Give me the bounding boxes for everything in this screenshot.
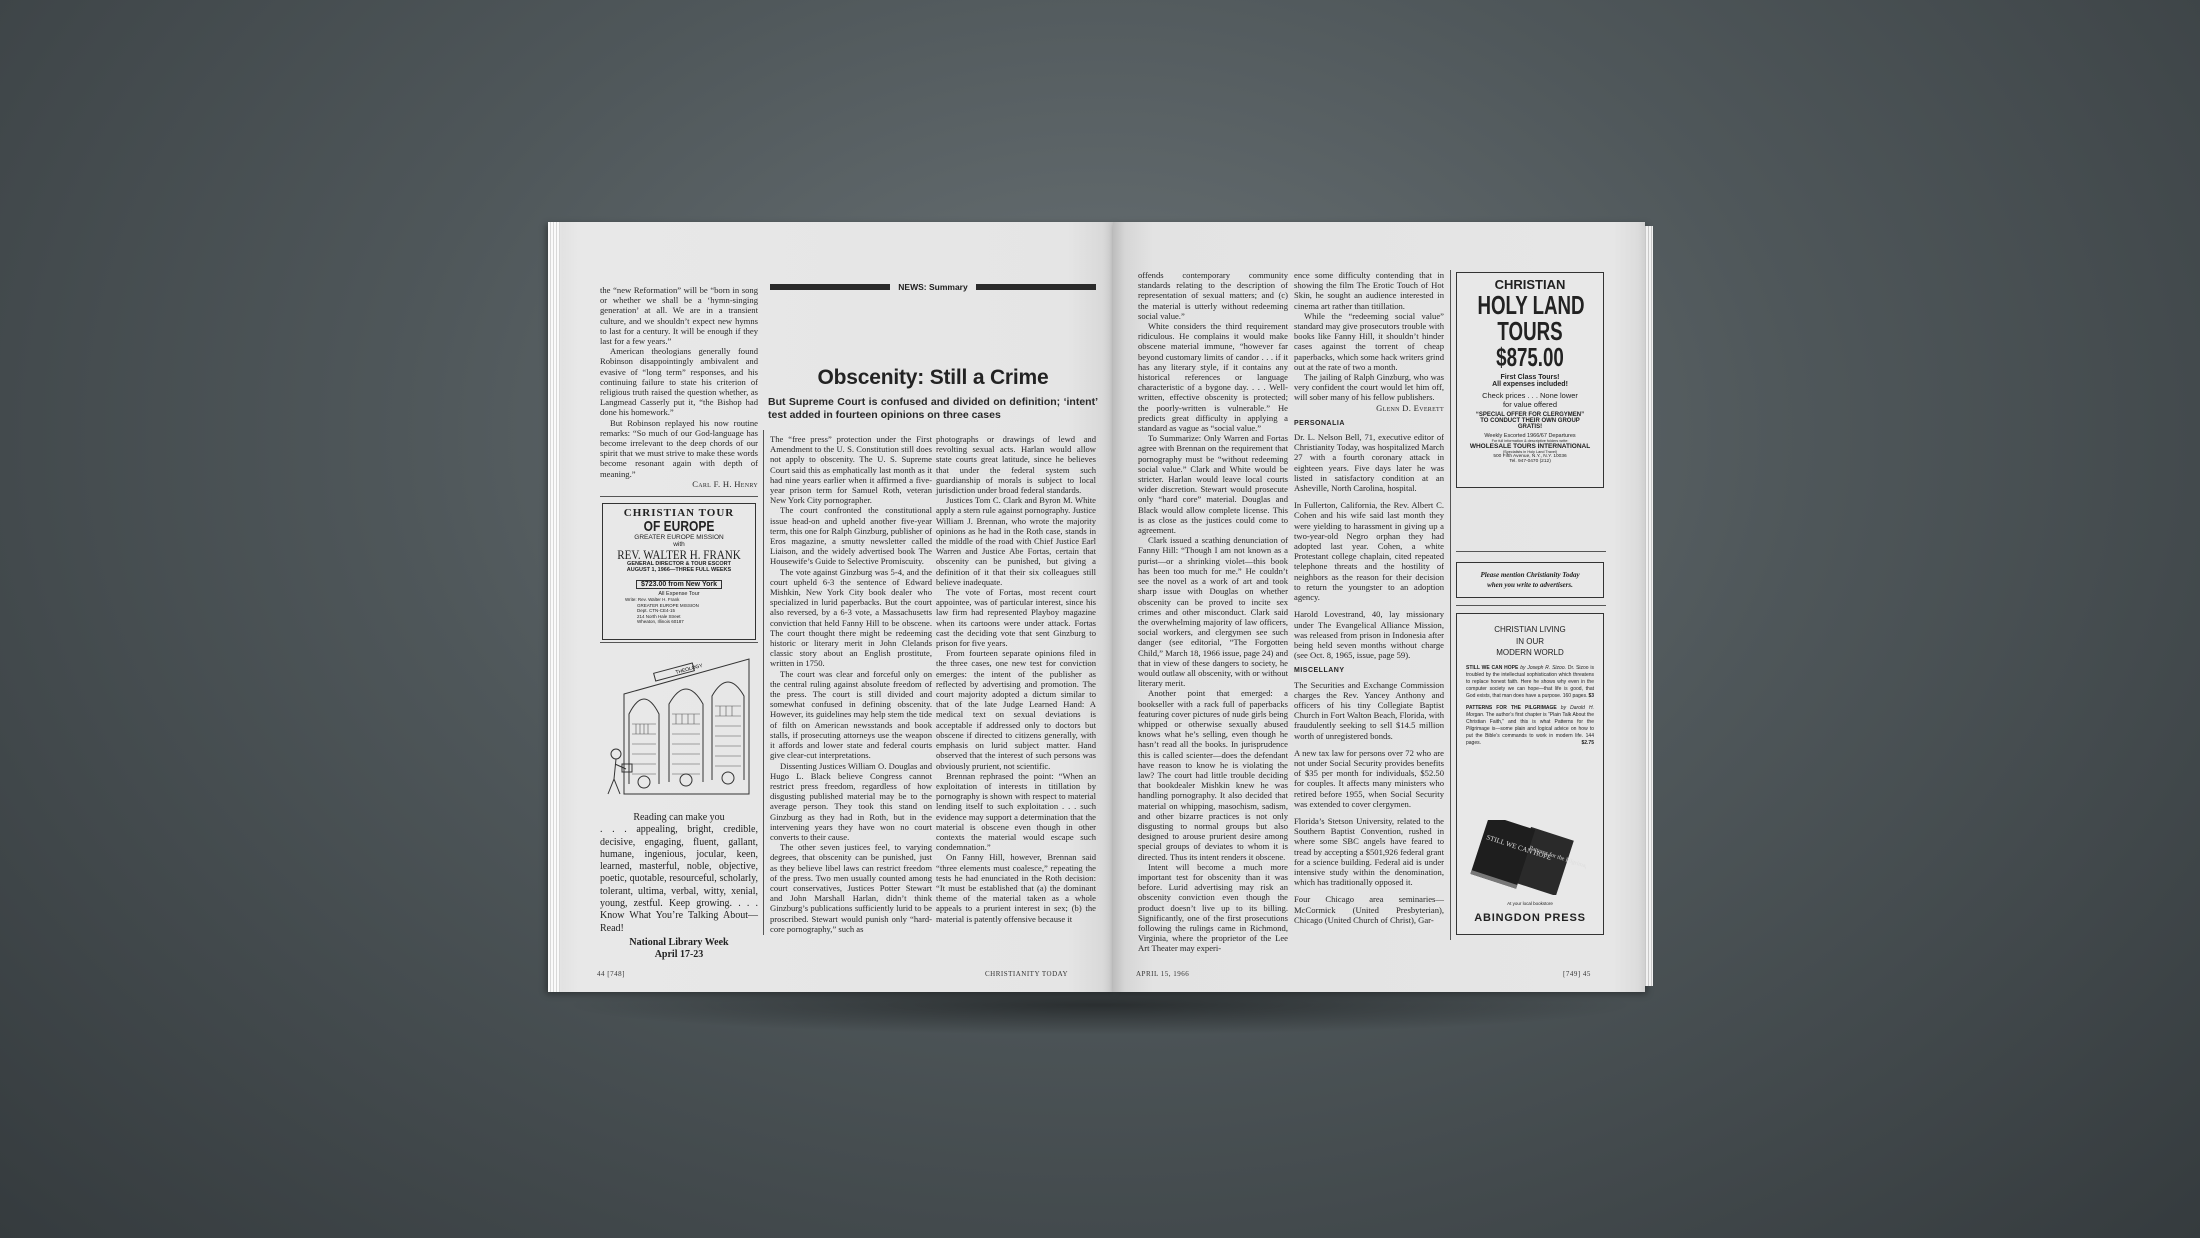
europe-tour-ad[interactable]: CHRISTIAN TOUR OF EUROPE GREATER EUROPE … — [602, 503, 756, 640]
article-headline: Obscenity: Still a Crime — [770, 366, 1096, 390]
book-price: $2.75 — [1581, 740, 1594, 747]
left-page-edges — [548, 222, 560, 992]
ad-line: for value offered — [1457, 400, 1603, 409]
paragraph: The vote against Ginzburg was 5-4, and t… — [770, 567, 932, 669]
ad-title: CHRISTIAN LIVING IN OUR MODERN WORLD — [1457, 624, 1603, 659]
paragraph: Intent will become a much more important… — [1138, 862, 1288, 954]
ad-price: $875.00 — [1477, 344, 1582, 371]
paragraph: Another point that emerged: a bookseller… — [1138, 688, 1288, 861]
ad-phone: Tel. 947-0470 (212) — [1457, 459, 1603, 464]
paragraph: On Fanny Hill, however, Brennan said “th… — [936, 852, 1096, 923]
kicker-bar — [770, 284, 890, 290]
divider — [1456, 605, 1606, 606]
paragraph: Clark issued a scathing denunciation of … — [1138, 535, 1288, 688]
library-ad-text[interactable]: Reading can make you . . . appealing, br… — [600, 812, 758, 962]
ad-body: . . . appealing, bright, credible, decis… — [600, 824, 758, 935]
sign-text: THEOLOGY — [675, 663, 704, 676]
paragraph: The “free press” protection under the Fi… — [770, 434, 932, 505]
book-title: STILL WE CAN HOPE — [1466, 665, 1518, 671]
paragraph: Dr. L. Nelson Bell, 71, executive editor… — [1294, 432, 1444, 493]
price-box: $723.00 from New York — [636, 580, 722, 589]
left-col3-text: photographs or drawings of lewd and revo… — [936, 434, 1096, 924]
kicker-label: NEWS: Summary — [898, 282, 967, 292]
book-desc: The author’s first chapter is “Plain Tal… — [1466, 712, 1594, 746]
article-deck: But Supreme Court is confused and divide… — [768, 396, 1098, 422]
paragraph: Four Chicago area seminaries—McCormick (… — [1294, 894, 1444, 925]
paragraph: Brennan rephrased the point: “When an ex… — [936, 771, 1096, 853]
book1-description: STILL WE CAN HOPE by Joseph R. Sizoo. Dr… — [1457, 659, 1603, 700]
address-line: Wheaton, Illinois 60187 — [625, 619, 755, 625]
page-number-right: [749] 45 — [1563, 970, 1591, 978]
running-footer: CHRISTIANITY TODAY — [985, 970, 1068, 978]
book-covers-image: Patterns for the Pilgrimage STILL WE CAN… — [1466, 820, 1586, 895]
ad-lead: Reading can make you — [600, 812, 758, 824]
right-col2-text: ence some difficulty contending that in … — [1294, 270, 1444, 925]
paragraph: The court was clear and forceful only on… — [770, 669, 932, 761]
paragraph: But Robinson replayed his now routine re… — [600, 418, 758, 479]
paragraph: The Securities and Exchange Commission c… — [1294, 680, 1444, 741]
paragraph: Dissenting Justices William O. Douglas a… — [770, 761, 932, 843]
paragraph: While the “redeeming social value” stand… — [1294, 311, 1444, 372]
paragraph: Harold Lovestrand, 40, lay missionary un… — [1294, 609, 1444, 660]
ad-dates: April 17-23 — [600, 949, 758, 961]
book-author: by Joseph R. Sizoo. — [1520, 665, 1566, 671]
paragraph: ence some difficulty contending that in … — [1294, 270, 1444, 311]
ad-title-line: CHRISTIAN LIVING — [1457, 624, 1603, 636]
paragraph: The jailing of Ralph Ginzburg, who was v… — [1294, 372, 1444, 403]
ad-line: Check prices . . . None lower — [1457, 391, 1603, 400]
divider — [600, 496, 758, 497]
book-price: $3 — [1588, 693, 1594, 700]
ad-line: TOURS — [1477, 318, 1582, 344]
book-title: PATTERNS FOR THE PILGRIMAGE — [1466, 705, 1557, 711]
column-divider — [1450, 270, 1451, 940]
paragraph: In Fullerton, California, the Rev. Alber… — [1294, 500, 1444, 602]
ad-line: All expenses included! — [1457, 381, 1603, 388]
paragraph: The vote of Fortas, most recent court ap… — [936, 587, 1096, 648]
paragraph: The court confronted the constitutional … — [770, 505, 932, 566]
publisher-name: ABINGDON PRESS — [1457, 912, 1603, 924]
book2-description: PATTERNS FOR THE PILGRIMAGE by Darold H.… — [1457, 700, 1603, 747]
ad-title-line: IN OUR — [1457, 636, 1603, 648]
paragraph: the “new Reformation” will be “born in s… — [600, 285, 758, 346]
divider — [600, 642, 758, 643]
ad-line: REV. WALTER H. FRANK — [614, 548, 743, 561]
paragraph: To Summarize: Only Warren and Fortas agr… — [1138, 433, 1288, 535]
ad-address: Write: Rev. Walter H. Frank GREATER EURO… — [603, 597, 755, 625]
ad-line: AUGUST 1, 1966—THREE FULL WEEKS — [603, 567, 755, 573]
right-page-edges — [1645, 226, 1653, 986]
ad-title-line: MODERN WORLD — [1457, 647, 1603, 659]
mention-ad: Please mention Christianity Today when y… — [1456, 562, 1604, 598]
ad-line: Please mention Christianity Today — [1457, 570, 1603, 580]
paragraph: Florida’s Stetson University, related to… — [1294, 816, 1444, 887]
paragraph: A new tax law for persons over 72 who ar… — [1294, 748, 1444, 809]
ad-line: GRATIS! — [1457, 424, 1603, 430]
paragraph: American theologians generally found Rob… — [600, 346, 758, 417]
ad-line: First Class Tours! — [1457, 374, 1603, 381]
paragraph: photographs or drawings of lewd and revo… — [936, 434, 1096, 495]
ad-line: when you write to advertisers. — [1457, 580, 1603, 590]
section-heading-miscellany: MISCELLANY — [1294, 666, 1444, 676]
divider — [1456, 551, 1606, 552]
kicker-bar — [976, 284, 1096, 290]
holy-land-tours-ad[interactable]: CHRISTIAN HOLY LAND TOURS $875.00 First … — [1456, 272, 1604, 488]
ad-line: HOLY LAND — [1477, 292, 1582, 318]
column-divider — [763, 430, 764, 935]
left-col2-text: The “free press” protection under the Fi… — [770, 434, 932, 934]
right-col1-text: offends contemporary community standards… — [1138, 270, 1288, 954]
left-col1-text: the “new Reformation” will be “born in s… — [600, 285, 758, 489]
ad-tagline: At your local bookstore — [1457, 901, 1603, 906]
paragraph: offends contemporary community standards… — [1138, 270, 1288, 321]
ad-line: GREATER EUROPE MISSION — [603, 534, 755, 541]
ad-line: OF EUROPE — [618, 519, 740, 534]
page-number-left: 44 [748] — [597, 970, 625, 978]
section-kicker: NEWS: Summary — [770, 280, 1096, 294]
author-signature: Carl F. H. Henry — [600, 479, 758, 489]
paragraph: White considers the third requirement ri… — [1138, 321, 1288, 433]
library-cartoon-illustration: THEOLOGY — [604, 654, 754, 804]
paragraph: Justices Tom C. Clark and Byron M. White… — [936, 495, 1096, 587]
paragraph: From fourteen separate opinions filed in… — [936, 648, 1096, 770]
running-footer-date: APRIL 15, 1966 — [1136, 970, 1189, 978]
ad-event: National Library Week — [600, 937, 758, 949]
ad-company: WHOLESALE TOURS INTERNATIONAL — [1457, 443, 1603, 450]
paragraph: The other seven justices feel, to varyin… — [770, 842, 932, 934]
section-heading-personalia: PERSONALIA — [1294, 419, 1444, 429]
author-signature: Glenn D. Everett — [1294, 403, 1444, 413]
